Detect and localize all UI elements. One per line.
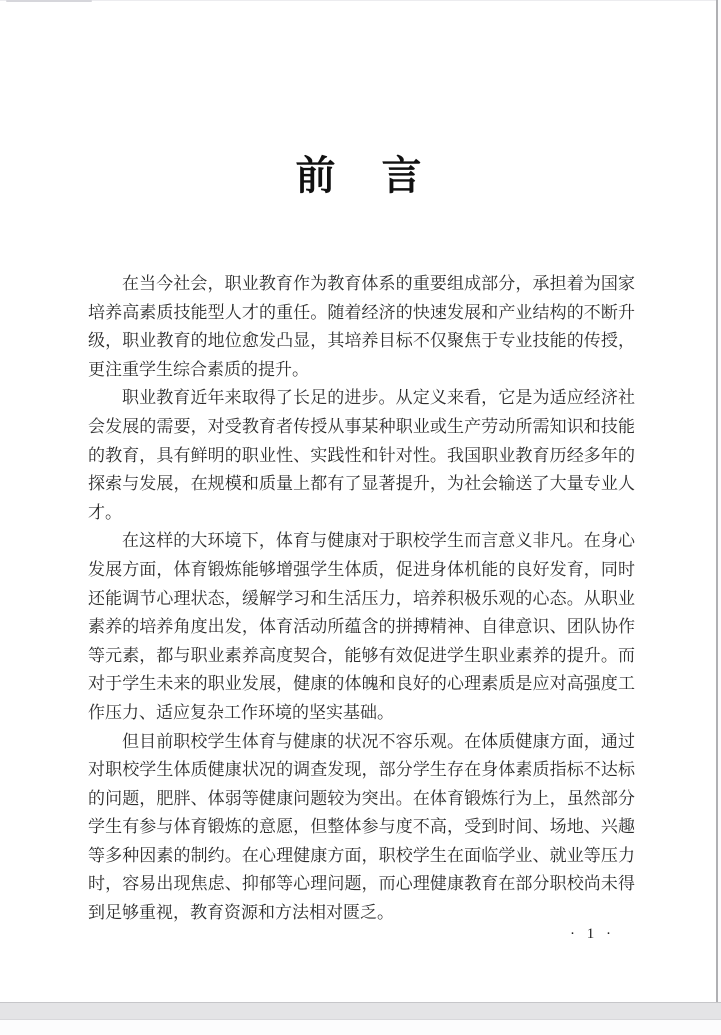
- preface-body: 在当今社会，职业教育作为教育体系的重要组成部分，承担着为国家培养高素质技能型人才…: [88, 270, 635, 928]
- title-char-second: 言: [382, 152, 422, 200]
- paragraph-1: 在当今社会，职业教育作为教育体系的重要组成部分，承担着为国家培养高素质技能型人才…: [88, 270, 635, 384]
- scan-bottom-band: [0, 1002, 721, 1020]
- paragraph-4: 但目前职校学生体育与健康的状况不容乐观。在体质健康方面，通过对职校学生体质健康状…: [88, 728, 635, 928]
- paragraph-2: 职业教育近年来取得了长足的进步。从定义来看，它是为适应经济社会发展的需要，对受教…: [88, 384, 635, 527]
- paragraph-3: 在这样的大环境下，体育与健康对于职校学生而言意义非凡。在身心发展方面，体育锻炼能…: [88, 527, 635, 727]
- page-number: · 1 ·: [570, 924, 615, 944]
- scan-artifact-smudge: [6, 0, 92, 2]
- title-char-first: 前: [296, 152, 336, 200]
- page-title: 前 言: [0, 152, 717, 200]
- scan-artifact-top-line: [0, 0, 721, 1]
- scan-bottom-margin: [0, 1020, 721, 1035]
- scanned-book-page: 前 言 在当今社会，职业教育作为教育体系的重要组成部分，承担着为国家培养高素质技…: [0, 0, 721, 1035]
